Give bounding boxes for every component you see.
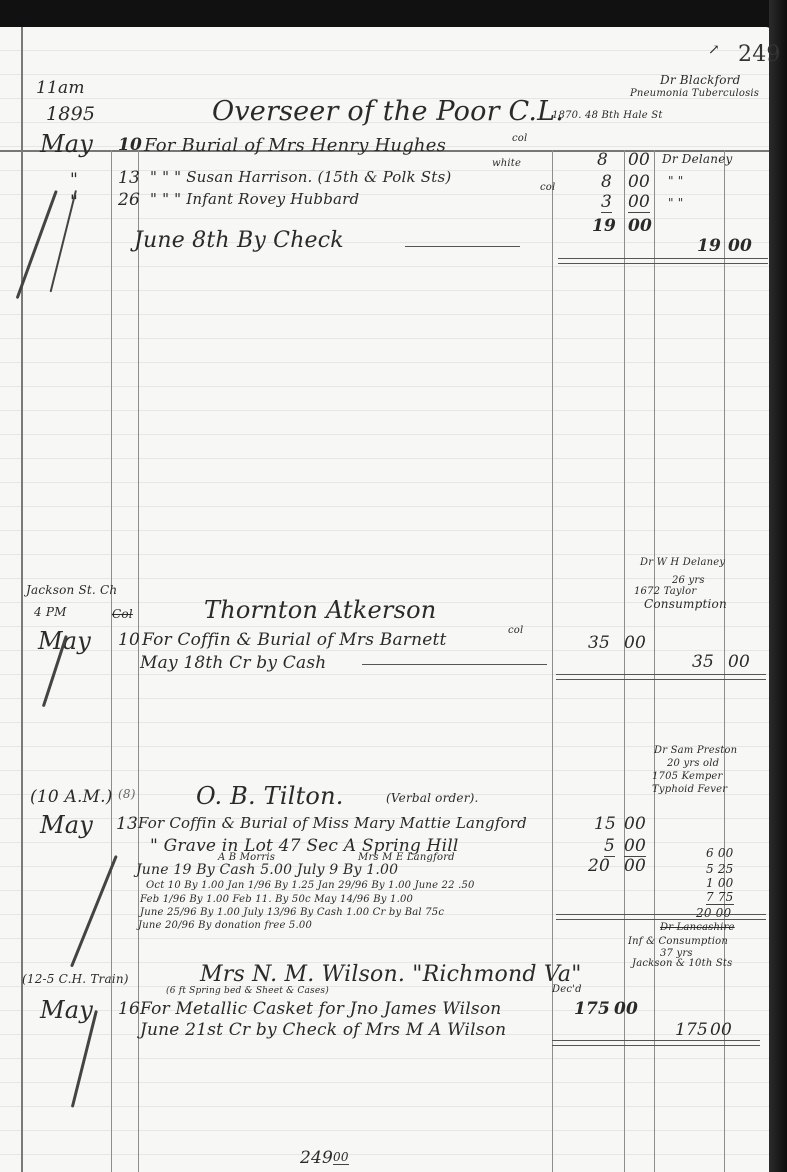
subtotal-cents: 00 [628, 216, 652, 236]
right-note: 1672 Taylor [634, 586, 696, 597]
right-note: Consumption [644, 597, 727, 611]
month-column-rule [111, 150, 112, 1172]
credit-amount: 35 [692, 652, 714, 672]
credit-amount: 175 [675, 1020, 708, 1040]
payment-line: June 8th By Check [134, 228, 344, 253]
payment-line: Oct 10 By 1.00 Jan 1/96 By 1.25 Jan 29/9… [146, 880, 475, 891]
entry-amount: 8 [601, 172, 612, 192]
top-right-note: Pneumonia Tuberculosis [630, 88, 759, 99]
side-note: 4 PM [34, 605, 67, 619]
entry-superscript: white [492, 158, 521, 169]
account-title: Overseer of the Poor C.L. [212, 96, 564, 127]
side-note: (12-5 C.H. Train) [22, 972, 129, 986]
entry-amount: 3 [601, 192, 612, 213]
right-note: Dr Sam Preston [654, 745, 737, 756]
right-note: 26 yrs [672, 575, 705, 586]
top-right-note: Dr Blackford [660, 73, 740, 87]
right-note: Dr W H Delaney [640, 557, 725, 568]
credit-cents: 00 [728, 652, 750, 672]
entry-description: For Coffin & Burial of Miss Mary Mattie … [138, 814, 527, 832]
account-name: Thornton Atkerson [204, 596, 436, 624]
credit-cents: 00 [728, 236, 752, 256]
debit-column-rule [552, 150, 553, 1172]
account-note: (Verbal order). [386, 791, 479, 805]
title-note: 1870. 48 Bth Hale St [552, 110, 663, 121]
side-note: (10 A.M.) [30, 787, 113, 807]
side-note-struck: Col [112, 607, 133, 621]
struck-note: Inf & Consumption [628, 936, 728, 947]
entry-note: " " [668, 174, 683, 188]
closing-double-rule [558, 258, 768, 264]
right-note: 1705 Kemper [652, 771, 723, 782]
entry-superscript: col [512, 133, 527, 144]
subtotal-amount: 20 [588, 856, 610, 876]
entry-description: For Burial of Mrs Henry Hughes [144, 135, 446, 156]
right-note: 20 yrs old [667, 758, 719, 769]
struck-note: Jackson & 10th Sts [632, 958, 732, 969]
entry-cents: 00 [628, 192, 650, 213]
entry-amount: 15 [594, 814, 616, 834]
entry-note: " " [668, 196, 683, 210]
entry-month: May [40, 130, 93, 158]
credit-cents-rule [724, 150, 725, 1172]
entry-superscript: Dec'd [552, 984, 582, 995]
sub-note: (6 ft Spring bed & Sheet & Cases) [166, 986, 329, 996]
side-note: (8) [118, 787, 136, 801]
tally-value: 7 75 [706, 890, 734, 905]
entry-day: 16 [118, 999, 140, 1019]
book-edge [769, 0, 787, 1172]
credit-cents: 00 [710, 1020, 732, 1040]
entry-superscript: col [508, 625, 523, 636]
entry-note: Dr Delaney [662, 152, 733, 166]
payment-line: Feb 1/96 By 1.00 Feb 11. By 50c May 14/9… [140, 894, 413, 905]
subtotal-amount: 19 [592, 216, 616, 236]
entry-description: " " " Infant Rovey Hubbard [150, 190, 359, 208]
payment-dash [405, 246, 520, 247]
page-number: 249 [738, 42, 781, 67]
carried-total: 249 [300, 1148, 333, 1168]
credit-amount: 19 [697, 236, 721, 256]
entry-day: 13 [118, 168, 140, 188]
entry-cents: 00 [624, 633, 646, 653]
entry-month: May [40, 811, 93, 839]
tally-value: 5 25 [706, 862, 734, 876]
entry-superscript: col [540, 182, 555, 193]
entry-cents: 00 [628, 172, 650, 192]
entry-amount: 35 [588, 633, 610, 653]
payment-line: June 19 By Cash 5.00 July 9 By 1.00 [136, 862, 398, 878]
entry-amount: 8 [597, 150, 608, 170]
entry-cents: 00 [624, 836, 646, 857]
entry-cents: 00 [624, 814, 646, 834]
tally-value: 1 00 [706, 876, 734, 890]
account-name: O. B. Tilton. [196, 782, 344, 810]
entry-day: 26 [118, 190, 140, 210]
entry-month: " [70, 170, 78, 190]
account-name: Mrs N. M. Wilson. "Richmond Va" [200, 962, 582, 987]
payment-line: June 20/96 By donation free 5.00 [138, 920, 312, 931]
right-note: Typhoid Fever [652, 784, 727, 795]
entry-day: 10 [118, 135, 142, 155]
subtotal-cents: 00 [624, 856, 646, 876]
closing-double-rule [556, 674, 766, 680]
entry-day: 13 [116, 814, 138, 834]
closing-double-rule [556, 914, 766, 920]
entry-description: " " " Susan Harrison. (15th & Polk Sts) [150, 168, 451, 186]
tally-value: 6 00 [706, 846, 734, 860]
page-shadow-band [0, 0, 787, 30]
entry-amount: 175 [574, 999, 610, 1019]
page-number-tick: ↗ [708, 42, 720, 58]
entry-cents: 00 [628, 150, 650, 170]
carried-total-cents: 00 [333, 1150, 349, 1165]
payment-line: June 21st Cr by Check of Mrs M A Wilson [140, 1020, 506, 1040]
credit-column-rule [654, 150, 655, 1172]
struck-note: Dr Lancashire [660, 922, 735, 933]
year-label: 1895 [46, 103, 95, 125]
payment-dash [362, 664, 547, 665]
time-note: 11am [36, 78, 85, 98]
side-note: Jackson St. Ch [26, 583, 117, 597]
entry-cents: 00 [614, 999, 638, 1019]
margin-rule [21, 27, 23, 1172]
payment-line: May 18th Cr by Cash [140, 653, 326, 673]
entry-day: 10 [118, 630, 140, 650]
payment-line: June 25/96 By 1.00 July 13/96 By Cash 1.… [140, 907, 444, 918]
entry-amount: 5 [604, 836, 615, 857]
entry-month: May [40, 996, 93, 1024]
entry-description: For Metallic Casket for Jno James Wilson [140, 999, 501, 1019]
closing-double-rule [552, 1040, 760, 1046]
entry-description: For Coffin & Burial of Mrs Barnett [142, 630, 447, 650]
